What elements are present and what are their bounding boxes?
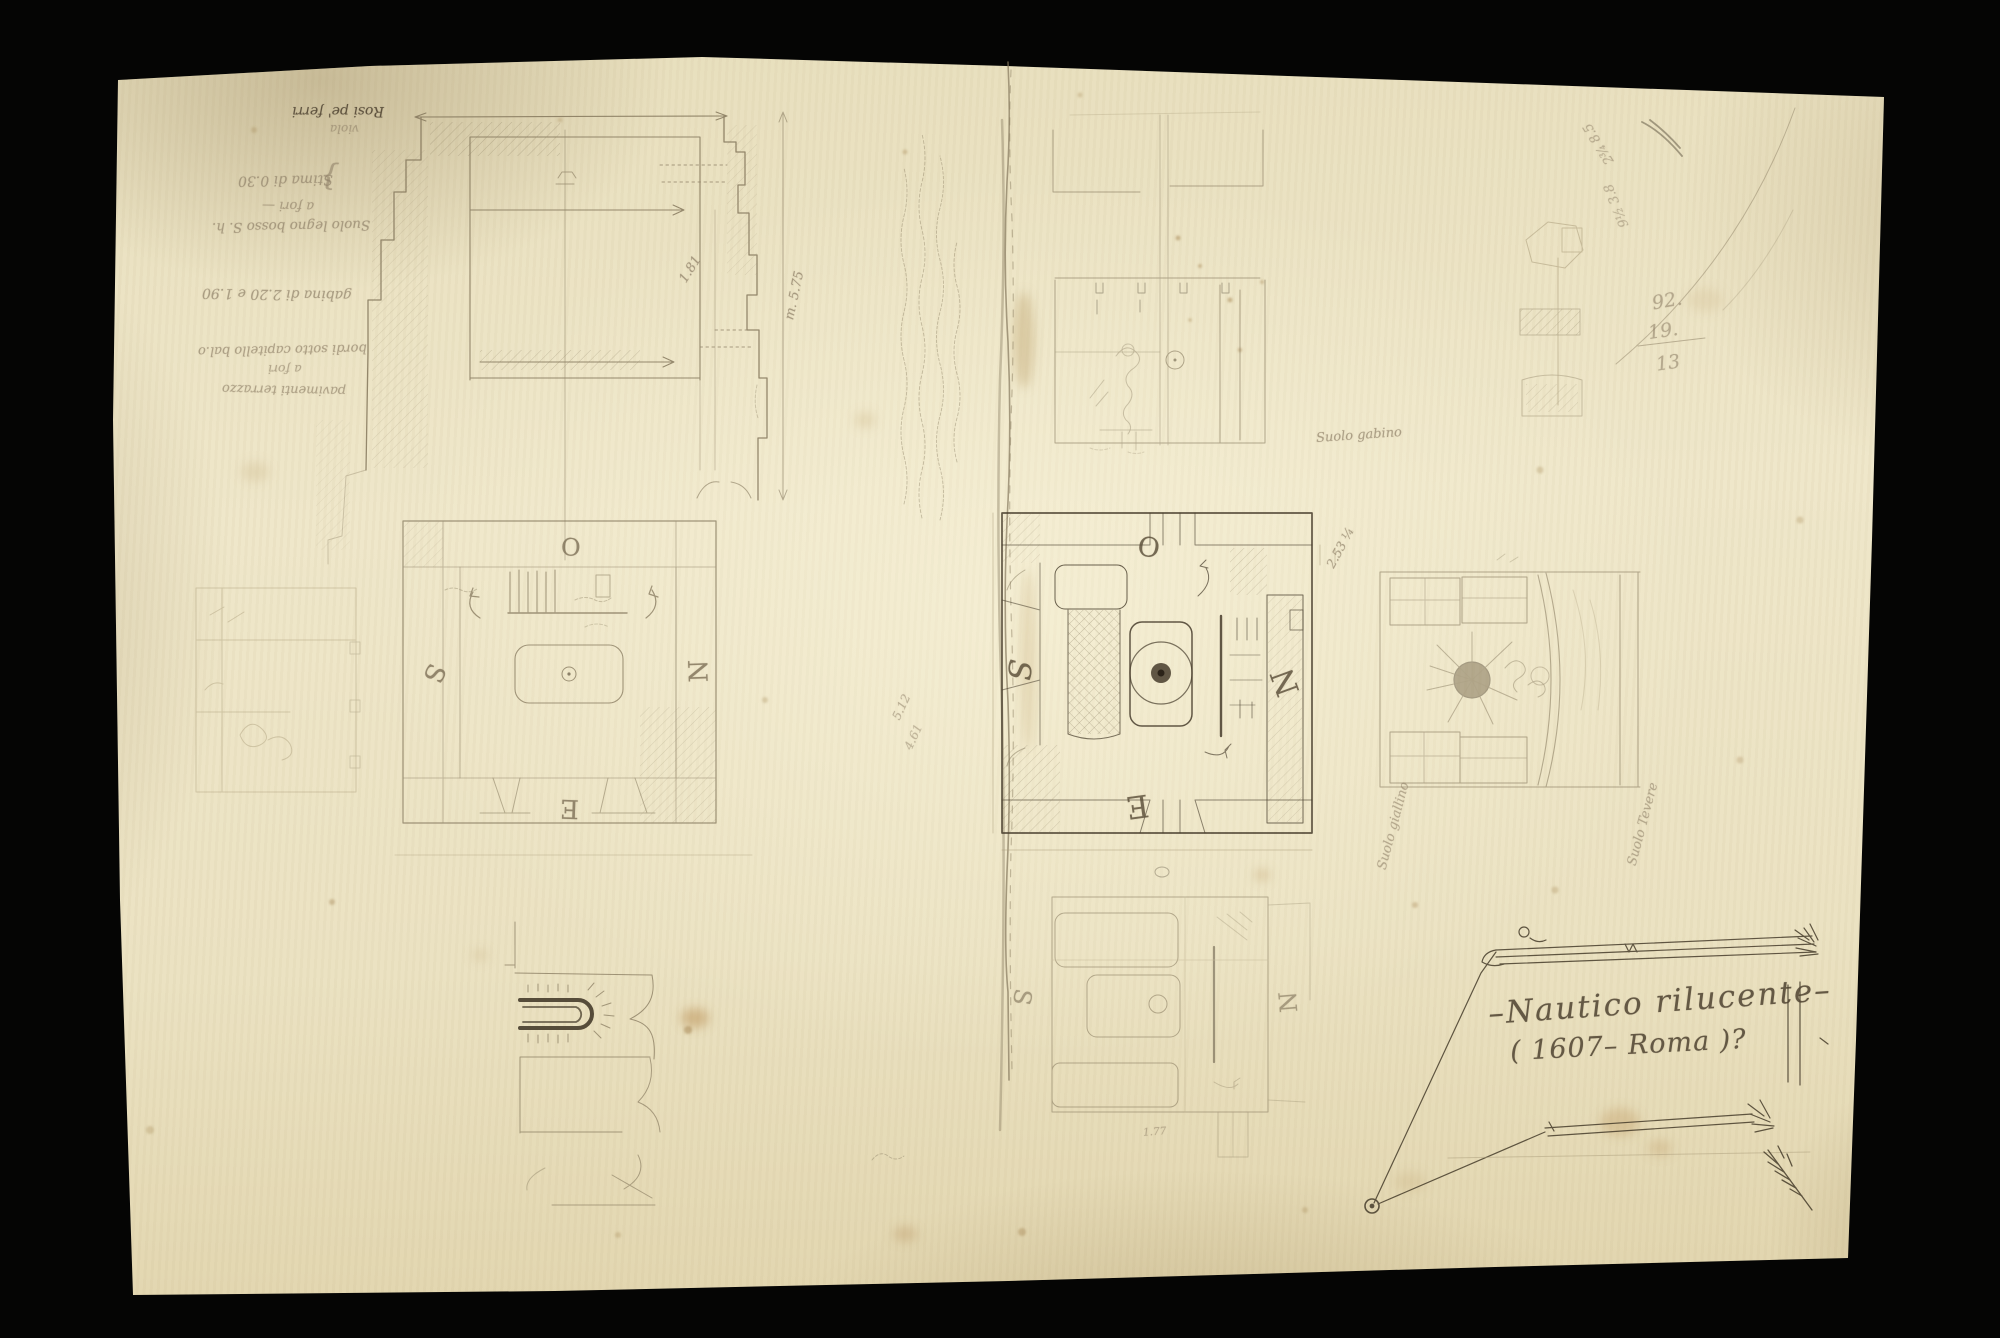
margin-note: gabina di 2.20 e 1.90: [202, 285, 352, 304]
compass-letter-west: O: [561, 532, 582, 561]
compass-letter-north: N: [684, 659, 715, 683]
margin-note: pavimenti terrazzo: [222, 381, 346, 398]
margin-note: a fori —: [262, 198, 314, 214]
plan-faint-far-left: [196, 588, 360, 792]
calc-row: 19.: [1647, 318, 1680, 344]
molding-profile-bottom-left: [505, 922, 660, 1205]
brace-mark: {: [319, 157, 340, 193]
calc-row: 13: [1655, 350, 1682, 375]
elevation-right-sphere: [1380, 554, 1640, 787]
compass-letter-north: N: [1274, 990, 1304, 1013]
margin-note: Rosi pe' ferri: [292, 103, 384, 119]
section-drawing-top-left: [316, 112, 787, 564]
seated-figure-scribble: [1090, 344, 1152, 450]
dimension-label: 1.77: [1143, 1125, 1167, 1139]
margin-note: viola: [330, 122, 359, 136]
instrument-sketch-bottom-right: [1365, 924, 1828, 1213]
fold-notes-script: [872, 134, 960, 1160]
compass-letter-east: E: [1124, 787, 1151, 826]
margin-note: a fori: [268, 362, 302, 377]
margin-note: bordi sotto capitello bal.o: [198, 341, 367, 359]
plan-top-center: [1053, 112, 1265, 454]
shaded-sphere: [1427, 632, 1517, 724]
feather-mark: [1764, 1146, 1812, 1210]
fold-crease: [998, 62, 1013, 1130]
plan-bottom-center: [1052, 867, 1310, 1157]
photograph-stage: Rosi pe' ferri viola Stima di 0.30 a for…: [0, 0, 2000, 1338]
paper-stains: [241, 288, 1723, 1242]
compass-letter-east: E: [559, 793, 579, 824]
margin-note: Suolo legno bosso S. h.: [212, 217, 371, 236]
compass-letter-south: S: [1000, 658, 1038, 682]
